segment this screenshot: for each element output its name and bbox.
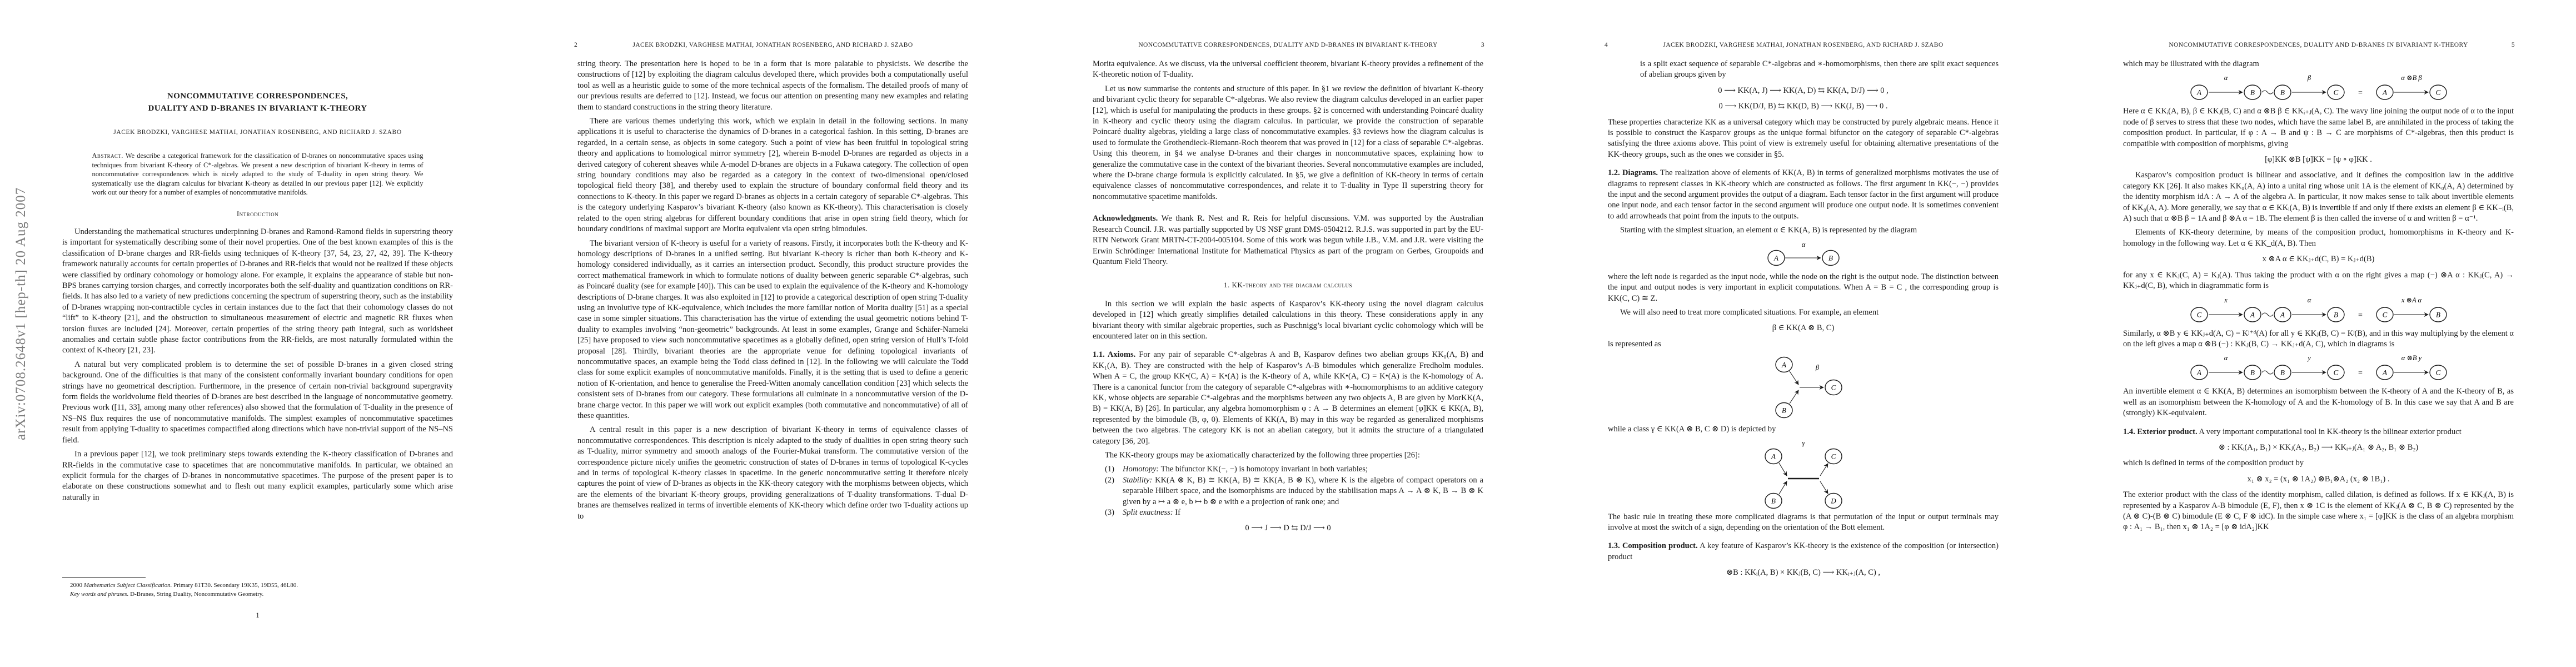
spacer xyxy=(1093,206,1483,213)
page-number: 2 xyxy=(574,42,577,48)
node-label: A xyxy=(2196,88,2201,97)
item-label: Homotopy: xyxy=(1123,465,1159,474)
paragraph: We will also need to treat more complica… xyxy=(1608,307,1999,318)
wavy-line xyxy=(2262,371,2273,374)
paragraph: In this section we will explain the basi… xyxy=(1093,299,1483,342)
equals-sign: = xyxy=(2358,369,2363,377)
paragraph: Similarly, α ⊗B y ∈ KKⱼ₊d(A, C) = Kʲ⁺ᵈ(A… xyxy=(2123,328,2514,350)
paragraph: is a split exact sequence of separable C… xyxy=(1640,59,1999,81)
equation-beta-class: β ∈ KK(A ⊗ B, C) xyxy=(1608,323,1999,333)
node-label: B xyxy=(2250,369,2255,377)
arrow-label: α ⊗B y xyxy=(2401,354,2421,362)
paragraph: which is defined in terms of the composi… xyxy=(2123,458,2514,469)
paragraph: which may be illustrated with the diagra… xyxy=(2123,59,2514,69)
node-label: A xyxy=(1771,452,1776,460)
item-number: (1) xyxy=(1105,464,1114,475)
introduction-heading: Introduction xyxy=(0,210,515,218)
spacer xyxy=(1608,536,1999,541)
subsection-axioms-text: For any pair of separable C*-algebras A … xyxy=(1093,350,1483,445)
arrow xyxy=(1779,481,1787,494)
paragraph: for any x ∈ KKⱼ(C, A) = Kⱼ(A). Thus taki… xyxy=(2123,270,2514,292)
subsection-exterior-text: A very important computational tool in K… xyxy=(2199,427,2461,436)
arrow-label: α ⊗B β xyxy=(2401,74,2422,82)
footnote-msc-title: Mathematics Subject Classification. xyxy=(84,582,172,589)
spacer xyxy=(2123,422,2514,427)
paragraph: There are various themes underlying this… xyxy=(577,116,968,235)
node-label: B xyxy=(1828,253,1833,262)
paragraph: The bivariant version of K-theory is use… xyxy=(577,238,968,422)
node-label: C xyxy=(2435,88,2440,97)
footnote-msc: 2000 Mathematics Subject Classification.… xyxy=(62,581,453,590)
list-item: (1)Homotopy: The bifunctor KK(−, −) is h… xyxy=(1105,464,1483,475)
subsection-exterior-label: 1.4. Exterior product. xyxy=(2123,427,2198,436)
node-label: B xyxy=(2436,310,2440,318)
running-head-title: NONCOMMUTATIVE CORRESPONDENCES, DUALITY … xyxy=(1093,42,1483,48)
node-label: A xyxy=(2250,310,2255,318)
equation-kk-sequence-2: 0 ⟶ KK(D/J, B) ⇆ KK(D, B) ⟶ KK(J, B) ⟶ 0… xyxy=(1608,101,1999,112)
spacer xyxy=(1093,345,1483,350)
node-label: A xyxy=(2382,88,2387,97)
footnote-keywords-label: Key words and phrases. xyxy=(70,591,128,598)
paragraph: A natural but very complicated problem i… xyxy=(62,360,453,446)
node-label: B xyxy=(2280,369,2285,377)
paragraph: Here α ∈ KKᵢ(A, B), β ∈ KKⱼ(B, C) and α … xyxy=(2123,106,2514,150)
node-label: A xyxy=(2382,369,2387,377)
subsection-axioms-label: 1.1. Axioms. xyxy=(1093,350,1135,359)
node-label: A xyxy=(1773,253,1778,262)
node-label: C xyxy=(2333,369,2338,377)
paragraph: Starting with the simplest situation, an… xyxy=(1608,225,1999,236)
item-text: If xyxy=(1173,508,1180,517)
arrow-label: α xyxy=(2224,354,2228,362)
node-label: A xyxy=(2196,369,2201,377)
paper-title: NONCOMMUTATIVE CORRESPONDENCES, DUALITY … xyxy=(0,90,515,115)
paragraph: Understanding the mathematical structure… xyxy=(62,227,453,356)
authors-line: JACEK BRODZKI, VARGHESE MATHAI, JONATHAN… xyxy=(0,129,515,136)
page-1: arXiv:0708.2648v1 [hep-th] 20 Aug 2007 N… xyxy=(0,0,515,667)
running-head: NONCOMMUTATIVE CORRESPONDENCES, DUALITY … xyxy=(2123,42,2514,48)
paragraph: Morita equivalence. As we discuss, via t… xyxy=(1093,59,1483,81)
node-label: B xyxy=(1782,406,1786,415)
arrow-label: β xyxy=(1815,364,1819,371)
axiom-list: (1)Homotopy: The bifunctor KK(−, −) is h… xyxy=(1105,464,1483,518)
node-label: B xyxy=(1771,496,1776,505)
item-text: KK(A ⊗ K, B) ≅ KK(A, B) ≅ KK(A, B ⊗ K), … xyxy=(1123,476,1483,506)
equals-sign: = xyxy=(2358,89,2363,97)
abstract-label: Abstract. xyxy=(92,152,123,160)
paragraph: Let us now summarise the contents and st… xyxy=(1093,84,1483,202)
subsection-composition: 1.3. Composition product. A key feature … xyxy=(1608,541,1999,563)
page-4: 4 JACEK BRODZKI, VARGHESE MATHAI, JONATH… xyxy=(1546,0,2061,667)
abstract-text: We describe a categorical framework for … xyxy=(92,152,423,196)
footnote-keywords: Key words and phrases. D-Branes, String … xyxy=(62,590,453,599)
arrow-label: α xyxy=(2224,74,2228,82)
abstract: Abstract. We describe a categorical fram… xyxy=(92,151,423,197)
page1-body: Understanding the mathematical structure… xyxy=(62,227,453,503)
node-label: D xyxy=(1830,496,1836,505)
running-head: NONCOMMUTATIVE CORRESPONDENCES, DUALITY … xyxy=(1093,42,1483,48)
list-item: (3)Split exactness: If xyxy=(1105,507,1483,518)
arrow-label: x xyxy=(2224,296,2228,304)
page5-body: which may be illustrated with the diagra… xyxy=(2123,59,2514,536)
equation-split-exact: 0 ⟶ J ⟶ D ⇆ D/J ⟶ 0 xyxy=(1093,523,1483,534)
acknowledgments-label: Acknowledgments. xyxy=(1093,214,1158,223)
arrow xyxy=(1820,464,1828,476)
footnote-keywords-text: D-Branes, String Duality, Noncommutative… xyxy=(128,591,263,598)
node-label: B xyxy=(2250,88,2255,97)
section1-heading: 1. KK-theory and the diagram calculus xyxy=(1093,280,1483,290)
subsection-exterior: 1.4. Exterior product. A very important … xyxy=(2123,427,2514,437)
node-label: A xyxy=(2280,310,2285,318)
paragraph: while a class γ ∈ KK(A ⊗ B, C ⊗ D) is de… xyxy=(1608,424,1999,435)
paragraph: The exterior product with the class of t… xyxy=(2123,490,2514,533)
item-number: (2) xyxy=(1105,475,1114,486)
item-text: The bifunctor KK(−, −) is homotopy invar… xyxy=(1159,465,1368,474)
paragraph: These properties characterize KK as a un… xyxy=(1608,117,1999,161)
subsection-diagrams-label: 1.2. Diagrams. xyxy=(1608,168,1658,177)
page-number: 5 xyxy=(2512,42,2515,48)
paragraph: is represented as xyxy=(1608,339,1999,350)
footnote-rule xyxy=(62,577,146,578)
wavy-line xyxy=(2262,313,2273,316)
arrow-label: β xyxy=(2306,74,2311,82)
node-label: C xyxy=(2333,88,2338,97)
node-label: C xyxy=(1831,452,1836,460)
equation-kk-sequence-1: 0 ⟶ KK(A, J) ⟶ KK(A, D) ⇆ KK(A, D/J) ⟶ 0… xyxy=(1608,86,1999,96)
item-number: (3) xyxy=(1105,507,1114,518)
arrow-label: α xyxy=(2307,296,2311,304)
paper-title-line2: DUALITY AND D-BRANES IN BIVARIANT K-THEO… xyxy=(0,102,515,115)
diagram-right-multiplication-chain: x α x ⊗A α = C A A B C B xyxy=(2186,295,2452,326)
diagram-composition-chain: α β α ⊗B β = A B B C A C xyxy=(2186,73,2452,104)
arrow-label: y xyxy=(2306,354,2311,362)
paragraph: In a previous paper [12], we took prelim… xyxy=(62,449,453,503)
paragraph: string theory. The presentation here is … xyxy=(577,59,968,113)
page2-body: string theory. The presentation here is … xyxy=(577,59,968,525)
running-head-title: NONCOMMUTATIVE CORRESPONDENCES, DUALITY … xyxy=(2123,42,2514,48)
arxiv-watermark: arXiv:0708.2648v1 [hep-th] 20 Aug 2007 xyxy=(13,187,29,440)
node-label: A xyxy=(1781,361,1786,369)
arrow xyxy=(1779,463,1787,476)
paragraph: Kasparov’s composition product is biline… xyxy=(2123,170,2514,224)
page-5: NONCOMMUTATIVE CORRESPONDENCES, DUALITY … xyxy=(2061,0,2576,667)
subsection-composition-label: 1.3. Composition product. xyxy=(1608,541,1698,550)
subsection-axioms: 1.1. Axioms. For any pair of separable C… xyxy=(1093,350,1483,447)
arrow-label: γ xyxy=(1802,439,1805,447)
node-label: B xyxy=(2280,88,2285,97)
subsection-diagrams-text: The realization above of elements of KK(… xyxy=(1608,168,1999,221)
footnote-block: 2000 Mathematics Subject Classification.… xyxy=(62,577,453,599)
list-item: (2)Stability: KK(A ⊗ K, B) ≅ KK(A, B) ≅ … xyxy=(1105,475,1483,507)
spacer xyxy=(1608,163,1999,168)
node-label: C xyxy=(2382,310,2387,318)
node-label: C xyxy=(2196,310,2201,318)
arrow xyxy=(1820,481,1828,494)
subsection-diagrams: 1.2. Diagrams. The realization above of … xyxy=(1608,168,1999,222)
node-label: C xyxy=(2435,369,2440,377)
paragraph: Elements of KK-theory determine, by mean… xyxy=(2123,227,2514,249)
page4-body: is a split exact sequence of separable C… xyxy=(1608,59,1999,584)
arrow xyxy=(1790,371,1798,385)
item-label: Split exactness: xyxy=(1123,508,1173,517)
arrow xyxy=(1790,390,1798,404)
page3-body: Morita equivalence. As we discuss, via t… xyxy=(1093,59,1483,539)
acknowledgments: Acknowledgments. We thank R. Nest and R.… xyxy=(1093,213,1483,267)
running-head-authors: JACEK BRODZKI, VARGHESE MATHAI, JONATHAN… xyxy=(577,42,968,48)
paper-title-line1: NONCOMMUTATIVE CORRESPONDENCES, xyxy=(0,90,515,102)
running-head-authors: JACEK BRODZKI, VARGHESE MATHAI, JONATHAN… xyxy=(1608,42,1999,48)
footnote-msc-codes: Primary 81T30. Secondary 19K35, 19D55, 4… xyxy=(172,582,298,589)
node-label: C xyxy=(1831,384,1836,392)
page-number: 1 xyxy=(0,611,515,620)
paragraph: The basic rule in treating these more co… xyxy=(1608,512,1999,534)
page-number: 4 xyxy=(1605,42,1608,48)
equation-right-product: x ⊗A α ∈ KKⱼ₊d(C, B) = Kⱼ₊d(B) xyxy=(2123,254,2514,265)
equation-morphism-composition: [φ]KK ⊗B [ψ]KK = [ψ ∘ φ]KK . xyxy=(2123,155,2514,165)
diagram-two-inputs-two-outputs: γ A C B D xyxy=(1750,439,1857,510)
footnote-msc-year: 2000 xyxy=(70,582,84,589)
paragraph: A central result in this paper is a new … xyxy=(577,425,968,522)
diagram-left-multiplication-chain: α y α ⊗B y = A B B C A C xyxy=(2186,353,2452,384)
wavy-line xyxy=(2262,91,2273,94)
paragraph: An invertible element α ∈ KK(A, B) deter… xyxy=(2123,386,2514,419)
equals-sign: = xyxy=(2358,311,2363,320)
equation-exterior-definition: x₁ ⊗ x₂ = (x₁ ⊗ 1A₂) ⊗B₁⊗A₂ (x₂ ⊗ 1B₁) . xyxy=(2123,474,2514,485)
diagram-simple-morphism: α A B xyxy=(1762,240,1845,270)
page-3: NONCOMMUTATIVE CORRESPONDENCES, DUALITY … xyxy=(1030,0,1546,667)
running-head: 2 JACEK BRODZKI, VARGHESE MATHAI, JONATH… xyxy=(577,42,968,48)
diagram-two-inputs: β A B C xyxy=(1756,353,1851,422)
item-label: Stability: xyxy=(1123,476,1152,485)
arrow-label: x ⊗A α xyxy=(2400,296,2421,304)
page-number: 3 xyxy=(1481,42,1484,48)
paragraph: The KK-theory groups may be axiomaticall… xyxy=(1093,450,1483,461)
paragraph: where the left node is regarded as the i… xyxy=(1608,272,1999,304)
node-label: B xyxy=(2334,310,2338,318)
arrow-label: α xyxy=(1801,241,1805,248)
equation-composition-product: ⊗B : KKᵢ(A, B) × KKⱼ(B, C) ⟶ KKᵢ₊ⱼ(A, C)… xyxy=(1608,568,1999,578)
running-head: 4 JACEK BRODZKI, VARGHESE MATHAI, JONATH… xyxy=(1608,42,1999,48)
equation-exterior-product: ⊗ : KKᵢ(A₁, B₁) × KKⱼ(A₂, B₂) ⟶ KKᵢ₊ⱼ(A₁… xyxy=(2123,442,2514,453)
page-2: 2 JACEK BRODZKI, VARGHESE MATHAI, JONATH… xyxy=(515,0,1030,667)
